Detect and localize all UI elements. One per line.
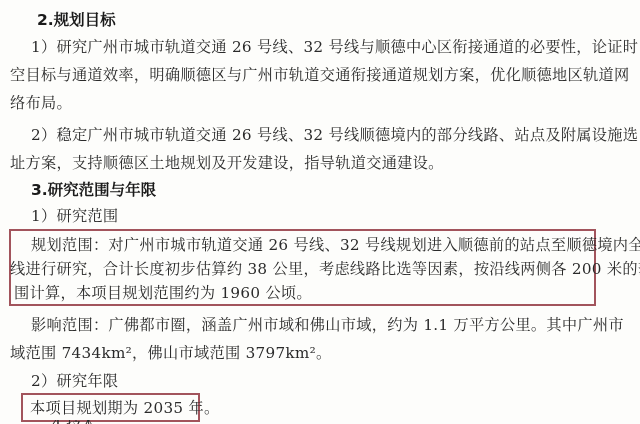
section3-heading: 3.研究范围与年限	[31, 178, 156, 200]
goal-item2-line1: 2）稳定广州市城市轨道交通 26 号线、32 号线顺德境内的部分线路、站点及附属…	[31, 124, 638, 145]
goal-item1-line3: 络布局。	[10, 92, 72, 113]
planning-scope-line1: 规划范围：对广州市城市轨道交通 26 号线、32 号线规划进入顺德前的站点至顺德…	[31, 234, 640, 255]
planning-scope-line3: 围计算，本项目规划范围约为 1960 公顷。	[14, 282, 312, 303]
planning-scope-line2: 线进行研究，合计长度初步估算约 38 公里，考虑线路比选等因素，按沿线两侧各 2…	[10, 258, 640, 279]
goal-item1-line2: 空目标与通道效率，明确顺德区与广州市轨道交通衔接通道规划方案，优化顺德地区轨道网	[10, 64, 630, 85]
research-scope-title: 1）研究范围	[31, 205, 118, 226]
research-period-title: 2）研究年限	[31, 370, 118, 391]
section2-heading: 2.规划目标	[37, 8, 116, 30]
influence-scope-line1: 影响范围：广佛都市圈，涵盖广州市域和佛山市域，约为 1.1 万平方公里。其中广州…	[31, 314, 624, 335]
period-text: 本项目规划期为 2035 年。	[30, 397, 220, 418]
next-section-partial: 4.技术...	[52, 420, 132, 424]
goal-item2-line2: 址方案，支持顺德区土地规划及开发建设，指导轨道交通建设。	[10, 152, 444, 173]
influence-scope-line2: 域范围 7434km²，佛山市域范围 3797km²。	[10, 342, 332, 363]
goal-item1-line1: 1）研究广州市城市轨道交通 26 号线、32 号线与顺德中心区衔接通道的必要性，…	[31, 36, 638, 57]
